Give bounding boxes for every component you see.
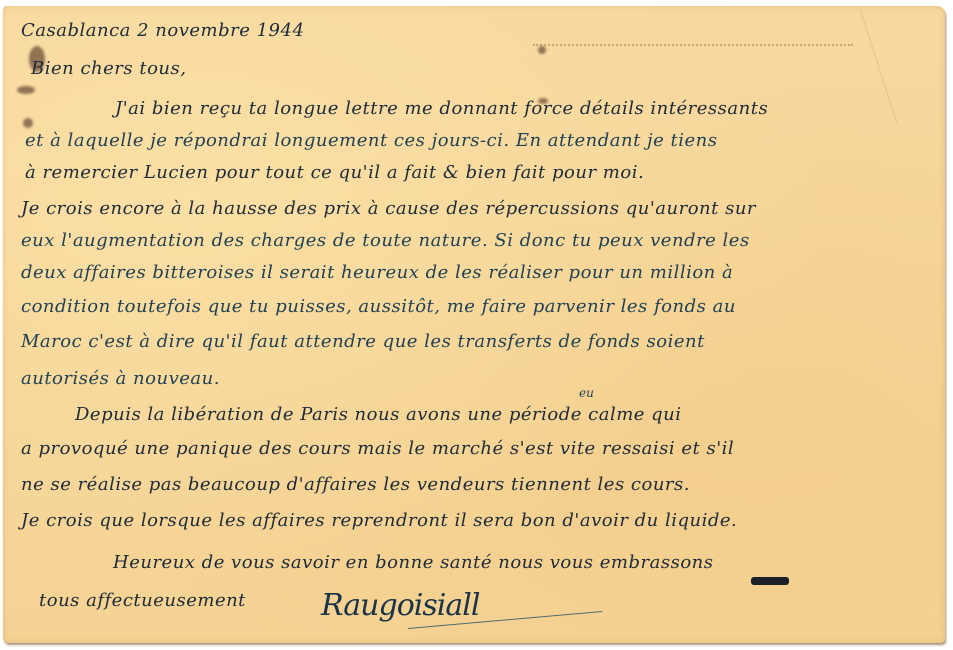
body-line-14: Heureux de vous savoir en bonne santé no… xyxy=(113,552,714,573)
body-line-10: Depuis la libération de Paris nous avons… xyxy=(75,404,682,425)
body-line-1: J'ai bien reçu ta longue lettre me donna… xyxy=(115,98,768,119)
crossed-out-word xyxy=(751,577,789,585)
ink-smudge xyxy=(538,46,546,54)
ink-smudge xyxy=(17,86,35,94)
paper-crease xyxy=(859,9,897,123)
body-line-6: deux affaires bitteroises il serait heur… xyxy=(21,262,733,283)
body-line-5: eux l'augmentation des charges de toute … xyxy=(21,230,750,251)
body-line-12: ne se réalise pas beaucoup d'affaires le… xyxy=(21,474,690,495)
ink-smudge xyxy=(23,118,33,128)
body-line-4: Je crois encore à la hausse des prix à c… xyxy=(21,198,756,219)
body-line-2: et à laquelle je répondrai longuement ce… xyxy=(25,130,717,151)
salutation: Bien chers tous, xyxy=(31,58,186,79)
body-line-3: à remercier Lucien pour tout ce qu'il a … xyxy=(25,162,644,183)
postcard: Casablanca 2 novembre 1944 Bien chers to… xyxy=(3,6,945,643)
signature: Raugoisiall xyxy=(321,588,479,623)
body-line-11: a provoqué une panique des cours mais le… xyxy=(21,438,734,459)
faded-printed-header xyxy=(533,44,853,56)
body-line-13: Je crois que lorsque les affaires repren… xyxy=(21,510,737,531)
body-line-8: Maroc c'est à dire qu'il faut attendre q… xyxy=(21,331,705,352)
inserted-word: eu xyxy=(579,386,594,400)
closing-line: tous affectueusement xyxy=(39,590,246,611)
body-line-9: autorisés à nouveau. xyxy=(21,368,220,389)
date-line: Casablanca 2 novembre 1944 xyxy=(21,20,304,41)
body-line-7: condition toutefois que tu puisses, auss… xyxy=(21,296,736,317)
